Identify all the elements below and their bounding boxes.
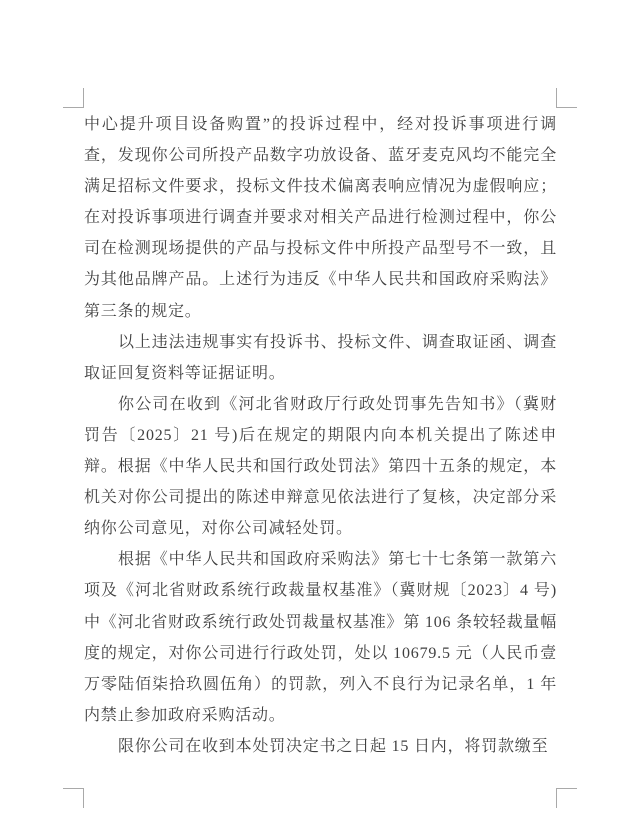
crop-mark-bottom-right (556, 788, 577, 808)
crop-mark-top-left (63, 88, 84, 108)
document-body-text: 中心提升项目设备购置”的投诉过程中，经对投诉事项进行调查，发现你公司所投产品数字… (84, 109, 557, 762)
paragraph-statement-defense: 你公司在收到《河北省财政厅行政处罚事先告知书》（冀财罚告〔2025〕21 号)后… (84, 389, 557, 544)
document-page: 中心提升项目设备购置”的投诉过程中，经对投诉事项进行调查，发现你公司所投产品数字… (0, 0, 629, 819)
paragraph-continuation-findings: 中心提升项目设备购置”的投诉过程中，经对投诉事项进行调查，发现你公司所投产品数字… (84, 109, 557, 327)
paragraph-penalty-decision: 根据《中华人民共和国政府采购法》第七十七条第一款第六项及《河北省财政系统行政裁量… (84, 544, 557, 731)
crop-mark-bottom-left (63, 788, 84, 808)
paragraph-evidence: 以上违法违规事实有投诉书、投标文件、调查取证函、调查取证回复资料等证据证明。 (84, 327, 557, 389)
paragraph-payment-deadline: 限你公司在收到本处罚决定书之日起 15 日内，将罚款缴至 (84, 731, 557, 762)
crop-mark-top-right (556, 88, 577, 108)
